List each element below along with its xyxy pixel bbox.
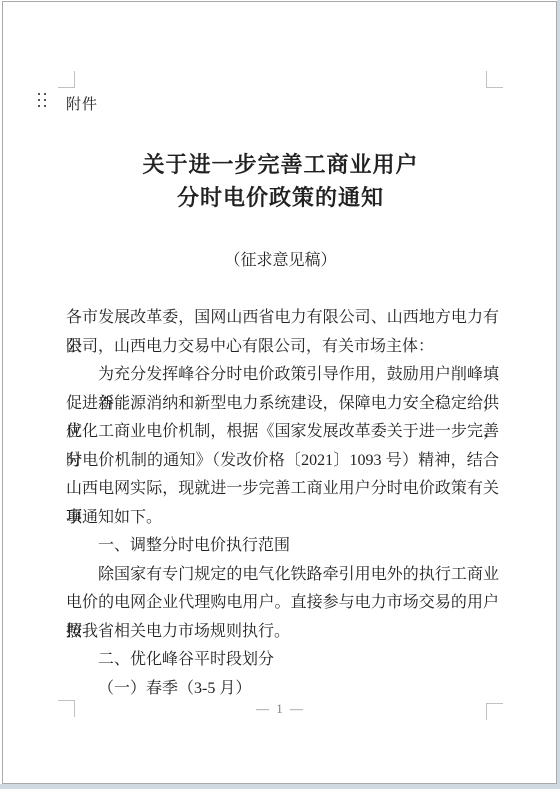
body-text-line[interactable]: 为充分发挥峰谷分时电价政策引导作用，鼓励用户削峰填谷， <box>66 361 499 390</box>
word-page[interactable]: 附件 关于进一步完善工商业用户 分时电价政策的通知 （征求意见稿） 各市发展改革… <box>2 1 557 784</box>
body-text-line[interactable]: 促进新能源消纳和新型电力系统建设，保障电力安全稳定给供应， <box>66 390 499 419</box>
page-number: — 1 — <box>3 701 558 717</box>
body-text-line[interactable]: 除国家有专门规定的电气化铁路牵引用电外的执行工商业 <box>66 561 499 590</box>
body-text-line[interactable]: 电价的电网企业代理购电用户。直接参与电力市场交易的用户按 <box>66 589 499 618</box>
body-text-line[interactable]: 二、优化峰谷平时段划分 <box>66 646 499 675</box>
body-text-line[interactable]: （一）春季（3-5 月） <box>66 675 499 704</box>
paragraph-drag-handle-icon[interactable] <box>38 93 46 107</box>
body-text-line[interactable]: 优化工商业电价机制，根据《国家发展改革委关于进一步完善分 <box>66 418 499 447</box>
document-canvas: 附件 关于进一步完善工商业用户 分时电价政策的通知 （征求意见稿） 各市发展改革… <box>0 0 560 789</box>
body-text-line[interactable]: 公司，山西电力交易中心有限公司，有关市场主体： <box>66 333 499 362</box>
document-title[interactable]: 关于进一步完善工商业用户 分时电价政策的通知 <box>3 148 558 214</box>
body-text-line[interactable]: 项通知如下。 <box>66 504 499 533</box>
app-background-bottom <box>0 784 560 789</box>
document-title-line1[interactable]: 关于进一步完善工商业用户 <box>3 148 558 181</box>
document-body[interactable]: 各市发展改革委，国网山西省电力有限公司、山西地方电力有限公司，山西电力交易中心有… <box>66 304 499 703</box>
body-text-line[interactable]: 一、调整分时电价执行范围 <box>66 532 499 561</box>
margin-corner-mark-top-right <box>486 71 503 88</box>
margin-corner-mark-top-left <box>58 71 75 88</box>
attachment-label[interactable]: 附件 <box>66 93 98 114</box>
document-subtitle[interactable]: （征求意见稿） <box>3 247 558 270</box>
body-text-line[interactable]: 照我省相关电力市场规则执行。 <box>66 618 499 647</box>
body-text-line[interactable]: 各市发展改革委，国网山西省电力有限公司、山西地方电力有限 <box>66 304 499 333</box>
body-text-line[interactable]: 山西电网实际，现就进一步完善工商业用户分时电价政策有关事 <box>66 475 499 504</box>
document-title-line2[interactable]: 分时电价政策的通知 <box>3 181 558 214</box>
body-text-line[interactable]: 时电价机制的通知》（发改价格〔2021〕1093 号）精神，结合 <box>66 447 499 476</box>
